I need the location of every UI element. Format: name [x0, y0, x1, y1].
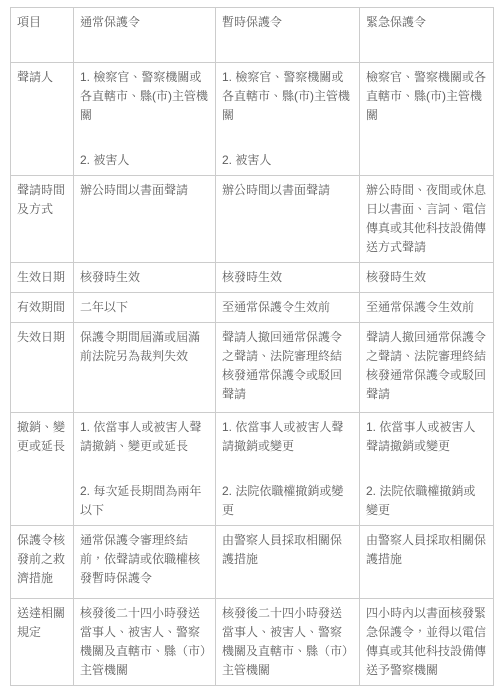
cell-paragraph: 檢察官、警察機關或各直轄市、縣(市)主管機關	[366, 68, 487, 125]
cell-paragraph: 1. 檢察官、警察機關或各直轄市、縣(市)主管機關	[222, 68, 353, 125]
table-cell: 核發時生效	[216, 263, 360, 293]
row-label: 失效日期	[11, 323, 74, 413]
table-cell: 二年以下	[74, 293, 216, 323]
table-cell: 辦公時間以書面聲請	[216, 176, 360, 263]
row-label: 送達相關規定	[11, 599, 74, 686]
row-effective-date: 生效日期 核發時生效 核發時生效 核發時生效	[11, 263, 494, 293]
table-cell: 通常保護令審理終結前，依聲請或依職權核發暫時保護令	[74, 526, 216, 599]
cell-paragraph: 二年以下	[80, 298, 209, 317]
table-cell: 1. 檢察官、警察機關或各直轄市、縣(市)主管機關 2. 被害人	[216, 63, 360, 176]
cell-paragraph: 辦公時間、夜間或休息日以書面、言詞、電信傳真或其他科技設備傳送方式聲請	[366, 181, 487, 257]
table-cell: 1. 依當事人或被害人聲請撤銷或變更 2. 法院依職權撤銷或變更	[216, 413, 360, 526]
table-cell: 四小時內以書面核發緊急保護令，並得以電信傳真或其他科技設備傳送予警察機關	[360, 599, 494, 686]
row-label: 撤銷、變更或延長	[11, 413, 74, 526]
cell-paragraph: 1. 依當事人或被害人聲請撤銷、變更或延長	[80, 418, 209, 456]
cell-paragraph: 2. 每次延長期間為兩年以下	[80, 482, 209, 520]
cell-paragraph: 核發後二十四小時發送當事人、被害人、警察機關及直轄市、縣（市）主管機關	[80, 604, 209, 680]
row-label: 生效日期	[11, 263, 74, 293]
cell-paragraph: 通常保護令審理終結前，依聲請或依職權核發暫時保護令	[80, 531, 209, 588]
cell-paragraph: 2. 法院依職權撤銷或變更	[366, 482, 487, 520]
header-temporary-order: 暫時保護令	[216, 8, 360, 63]
cell-paragraph: 辦公時間以書面聲請	[222, 181, 353, 200]
table-cell: 核發後二十四小時發送當事人、被害人、警察機關及直轄市、縣（市）主管機關	[216, 599, 360, 686]
cell-paragraph: 聲請人撤回通常保護令之聲請、法院審理終結核發通常保護令或駁回聲請	[366, 328, 487, 404]
cell-paragraph: 由警察人員採取相關保護措施	[222, 531, 353, 569]
header-ordinary-order: 通常保護令	[74, 8, 216, 63]
cell-paragraph: 2. 法院依職權撤銷或變更	[222, 482, 353, 520]
cell-paragraph: 保護令期間屆滿或屆滿前法院另為裁判失效	[80, 328, 209, 366]
table-cell: 辦公時間、夜間或休息日以書面、言詞、電信傳真或其他科技設備傳送方式聲請	[360, 176, 494, 263]
table-cell: 保護令期間屆滿或屆滿前法院另為裁判失效	[74, 323, 216, 413]
table-cell: 1. 依當事人或被害人聲請撤銷、變更或延長 2. 每次延長期間為兩年以下	[74, 413, 216, 526]
row-label: 聲請人	[11, 63, 74, 176]
row-label: 聲請時間及方式	[11, 176, 74, 263]
table-cell: 至通常保護令生效前	[360, 293, 494, 323]
cell-paragraph: 至通常保護令生效前	[222, 298, 353, 317]
cell-paragraph: 2. 被害人	[222, 151, 353, 170]
table-cell: 1. 依當事人或被害人聲請撤銷或變更 2. 法院依職權撤銷或變更	[360, 413, 494, 526]
cell-paragraph: 1. 依當事人或被害人聲請撤銷或變更	[366, 418, 487, 456]
header-emergency-order: 緊急保護令	[360, 8, 494, 63]
protection-order-comparison-table: 項目 通常保護令 暫時保護令 緊急保護令 聲請人 1. 檢察官、警察機關或各直轄…	[10, 7, 494, 686]
cell-paragraph: 四小時內以書面核發緊急保護令，並得以電信傳真或其他科技設備傳送予警察機關	[366, 604, 487, 680]
table-cell: 檢察官、警察機關或各直轄市、縣(市)主管機關	[360, 63, 494, 176]
cell-paragraph: 聲請人撤回通常保護令之聲請、法院審理終結核發通常保護令或駁回聲請	[222, 328, 353, 404]
header-row: 項目 通常保護令 暫時保護令 緊急保護令	[11, 8, 494, 63]
cell-paragraph: 核發後二十四小時發送當事人、被害人、警察機關及直轄市、縣（市）主管機關	[222, 604, 353, 680]
cell-paragraph: 核發時生效	[80, 268, 209, 287]
row-application-time-method: 聲請時間及方式 辦公時間以書面聲請 辦公時間以書面聲請 辦公時間、夜間或休息日以…	[11, 176, 494, 263]
table-cell: 核發時生效	[74, 263, 216, 293]
cell-paragraph: 1. 檢察官、警察機關或各直轄市、縣(市)主管機關	[80, 68, 209, 125]
row-label: 有效期間	[11, 293, 74, 323]
cell-paragraph: 1. 依當事人或被害人聲請撤銷或變更	[222, 418, 353, 456]
row-valid-period: 有效期間 二年以下 至通常保護令生效前 至通常保護令生效前	[11, 293, 494, 323]
page-content: 項目 通常保護令 暫時保護令 緊急保護令 聲請人 1. 檢察官、警察機關或各直轄…	[0, 0, 500, 686]
row-revoke-change-extend: 撤銷、變更或延長 1. 依當事人或被害人聲請撤銷、變更或延長 2. 每次延長期間…	[11, 413, 494, 526]
row-applicant: 聲請人 1. 檢察官、警察機關或各直轄市、縣(市)主管機關 2. 被害人 1. …	[11, 63, 494, 176]
table-cell: 聲請人撤回通常保護令之聲請、法院審理終結核發通常保護令或駁回聲請	[360, 323, 494, 413]
header-item: 項目	[11, 8, 74, 63]
cell-paragraph: 至通常保護令生效前	[366, 298, 487, 317]
cell-paragraph: 核發時生效	[222, 268, 353, 287]
table-cell: 核發後二十四小時發送當事人、被害人、警察機關及直轄市、縣（市）主管機關	[74, 599, 216, 686]
cell-paragraph: 2. 被害人	[80, 151, 209, 170]
row-label: 保護令核發前之救濟措施	[11, 526, 74, 599]
cell-paragraph: 核發時生效	[366, 268, 487, 287]
row-pre-issuance-relief: 保護令核發前之救濟措施 通常保護令審理終結前，依聲請或依職權核發暫時保護令 由警…	[11, 526, 494, 599]
cell-paragraph: 辦公時間以書面聲請	[80, 181, 209, 200]
table-cell: 1. 檢察官、警察機關或各直轄市、縣(市)主管機關 2. 被害人	[74, 63, 216, 176]
table-cell: 由警察人員採取相關保護措施	[216, 526, 360, 599]
table-cell: 至通常保護令生效前	[216, 293, 360, 323]
cell-paragraph: 由警察人員採取相關保護措施	[366, 531, 487, 569]
table-cell: 核發時生效	[360, 263, 494, 293]
table-cell: 聲請人撤回通常保護令之聲請、法院審理終結核發通常保護令或駁回聲請	[216, 323, 360, 413]
table-cell: 辦公時間以書面聲請	[74, 176, 216, 263]
table-cell: 由警察人員採取相關保護措施	[360, 526, 494, 599]
row-expiry-date: 失效日期 保護令期間屆滿或屆滿前法院另為裁判失效 聲請人撤回通常保護令之聲請、法…	[11, 323, 494, 413]
row-delivery-rules: 送達相關規定 核發後二十四小時發送當事人、被害人、警察機關及直轄市、縣（市）主管…	[11, 599, 494, 686]
